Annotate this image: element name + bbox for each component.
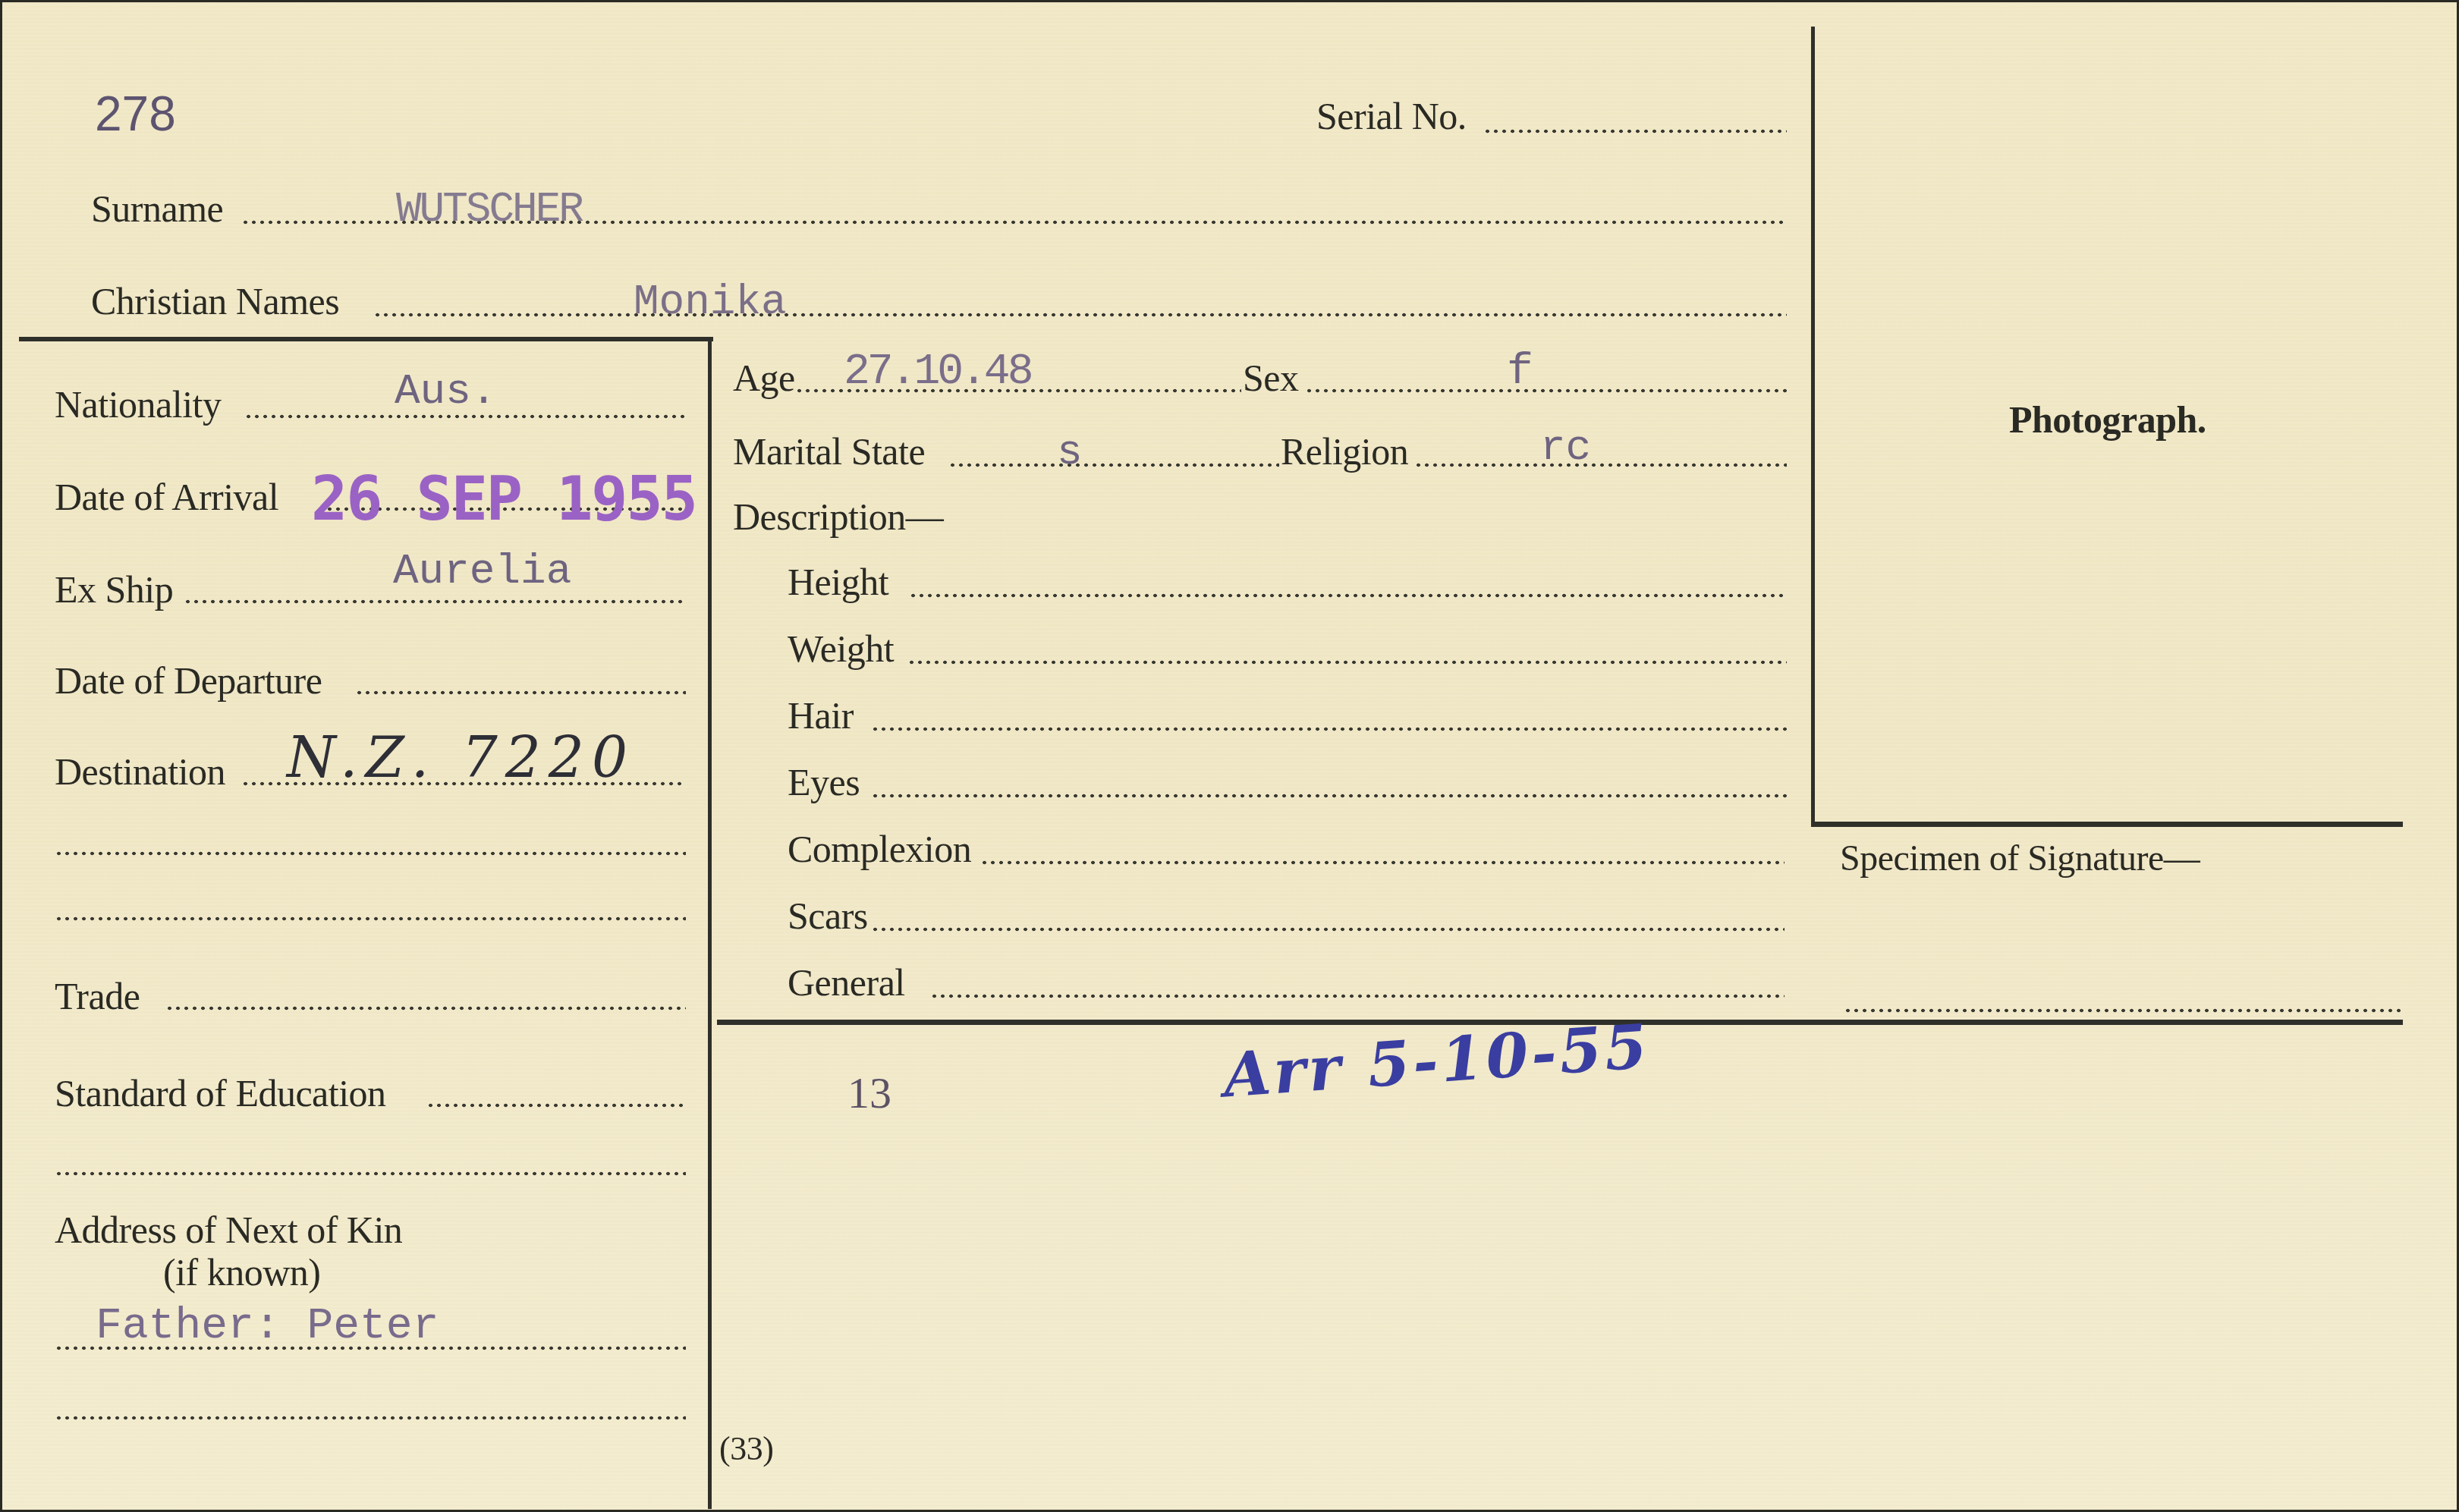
arrival-date-stamp: 26 SEP 1955 [311, 469, 697, 530]
ex-ship-value: Aurelia [393, 550, 571, 593]
surname-label: Surname [91, 190, 223, 228]
destination-extra-field-1[interactable] [55, 851, 686, 856]
christian-names-label: Christian Names [91, 282, 339, 320]
destination-label: Destination [55, 753, 225, 791]
trade-label: Trade [55, 977, 140, 1015]
serial-number-label: Serial No. [1316, 97, 1467, 135]
education-label: Standard of Education [55, 1074, 386, 1112]
photograph-label: Photograph. [2009, 401, 2206, 439]
nationality-value: Aus. [395, 370, 496, 413]
eyes-label: Eyes [788, 763, 860, 801]
religion-value: rc [1540, 426, 1591, 469]
general-label: General [788, 963, 905, 1001]
age-label: Age [733, 359, 795, 397]
height-label: Height [788, 563, 888, 601]
trade-field[interactable] [165, 1006, 686, 1011]
nationality-label: Nationality [55, 385, 221, 423]
destination-extra-field-2[interactable] [55, 916, 686, 921]
hair-field[interactable] [871, 727, 1787, 731]
photo-box-left-border [1811, 27, 1815, 827]
religion-label: Religion [1281, 432, 1408, 470]
surname-value: WUTSCHER [396, 188, 582, 231]
next-of-kin-value: Father: Peter [96, 1305, 439, 1349]
next-of-kin-sublabel: (if known) [163, 1253, 320, 1291]
religion-field[interactable] [1414, 463, 1787, 467]
weight-label: Weight [788, 630, 894, 668]
ex-ship-label: Ex Ship [55, 571, 173, 608]
hair-label: Hair [788, 696, 854, 734]
complexion-field[interactable] [980, 860, 1785, 865]
education-field[interactable] [426, 1103, 683, 1108]
education-extra-field[interactable] [55, 1171, 686, 1176]
form-code: (33) [719, 1432, 773, 1466]
description-label: Description— [733, 498, 943, 536]
next-of-kin-label: Address of Next of Kin [55, 1211, 402, 1249]
left-box-top-border [19, 337, 713, 341]
arrival-date-label: Date of Arrival [55, 478, 278, 516]
next-of-kin-extra-field[interactable] [55, 1416, 686, 1420]
marital-state-field[interactable] [948, 463, 1279, 467]
migrant-registration-card: 278 Serial No. Surname WUTSCHER Christia… [0, 0, 2459, 1512]
signature-field[interactable] [1844, 1008, 2401, 1013]
card-number: 278 [95, 90, 176, 138]
marital-state-value: s [1057, 431, 1083, 473]
departure-date-field[interactable] [355, 690, 686, 695]
christian-names-field[interactable] [373, 313, 1787, 317]
destination-value: N.Z. 7220 [287, 730, 635, 786]
eyes-field[interactable] [871, 794, 1787, 798]
departure-date-label: Date of Departure [55, 662, 322, 699]
sex-label: Sex [1243, 359, 1299, 397]
scars-field[interactable] [871, 927, 1785, 932]
age-value: 27.10.48 [844, 350, 1030, 395]
handwritten-arrival-note: Arr 5-10-55 [1222, 1015, 1652, 1105]
height-field[interactable] [909, 593, 1787, 598]
ex-ship-field[interactable] [184, 599, 686, 604]
photo-box-bottom-border [1811, 822, 2403, 827]
marital-state-label: Marital State [733, 432, 925, 470]
general-field[interactable] [930, 994, 1785, 998]
left-column-divider [708, 337, 712, 1509]
signature-label: Specimen of Signature— [1840, 841, 2200, 877]
complexion-label: Complexion [788, 830, 971, 868]
serial-number-field[interactable] [1483, 129, 1787, 134]
sex-field[interactable] [1305, 388, 1787, 393]
sex-value: f [1507, 350, 1533, 395]
scars-label: Scars [788, 897, 868, 935]
typed-number-annotation: 13 [847, 1071, 891, 1115]
christian-names-value: Monika [634, 281, 787, 323]
weight-field[interactable] [907, 660, 1787, 665]
